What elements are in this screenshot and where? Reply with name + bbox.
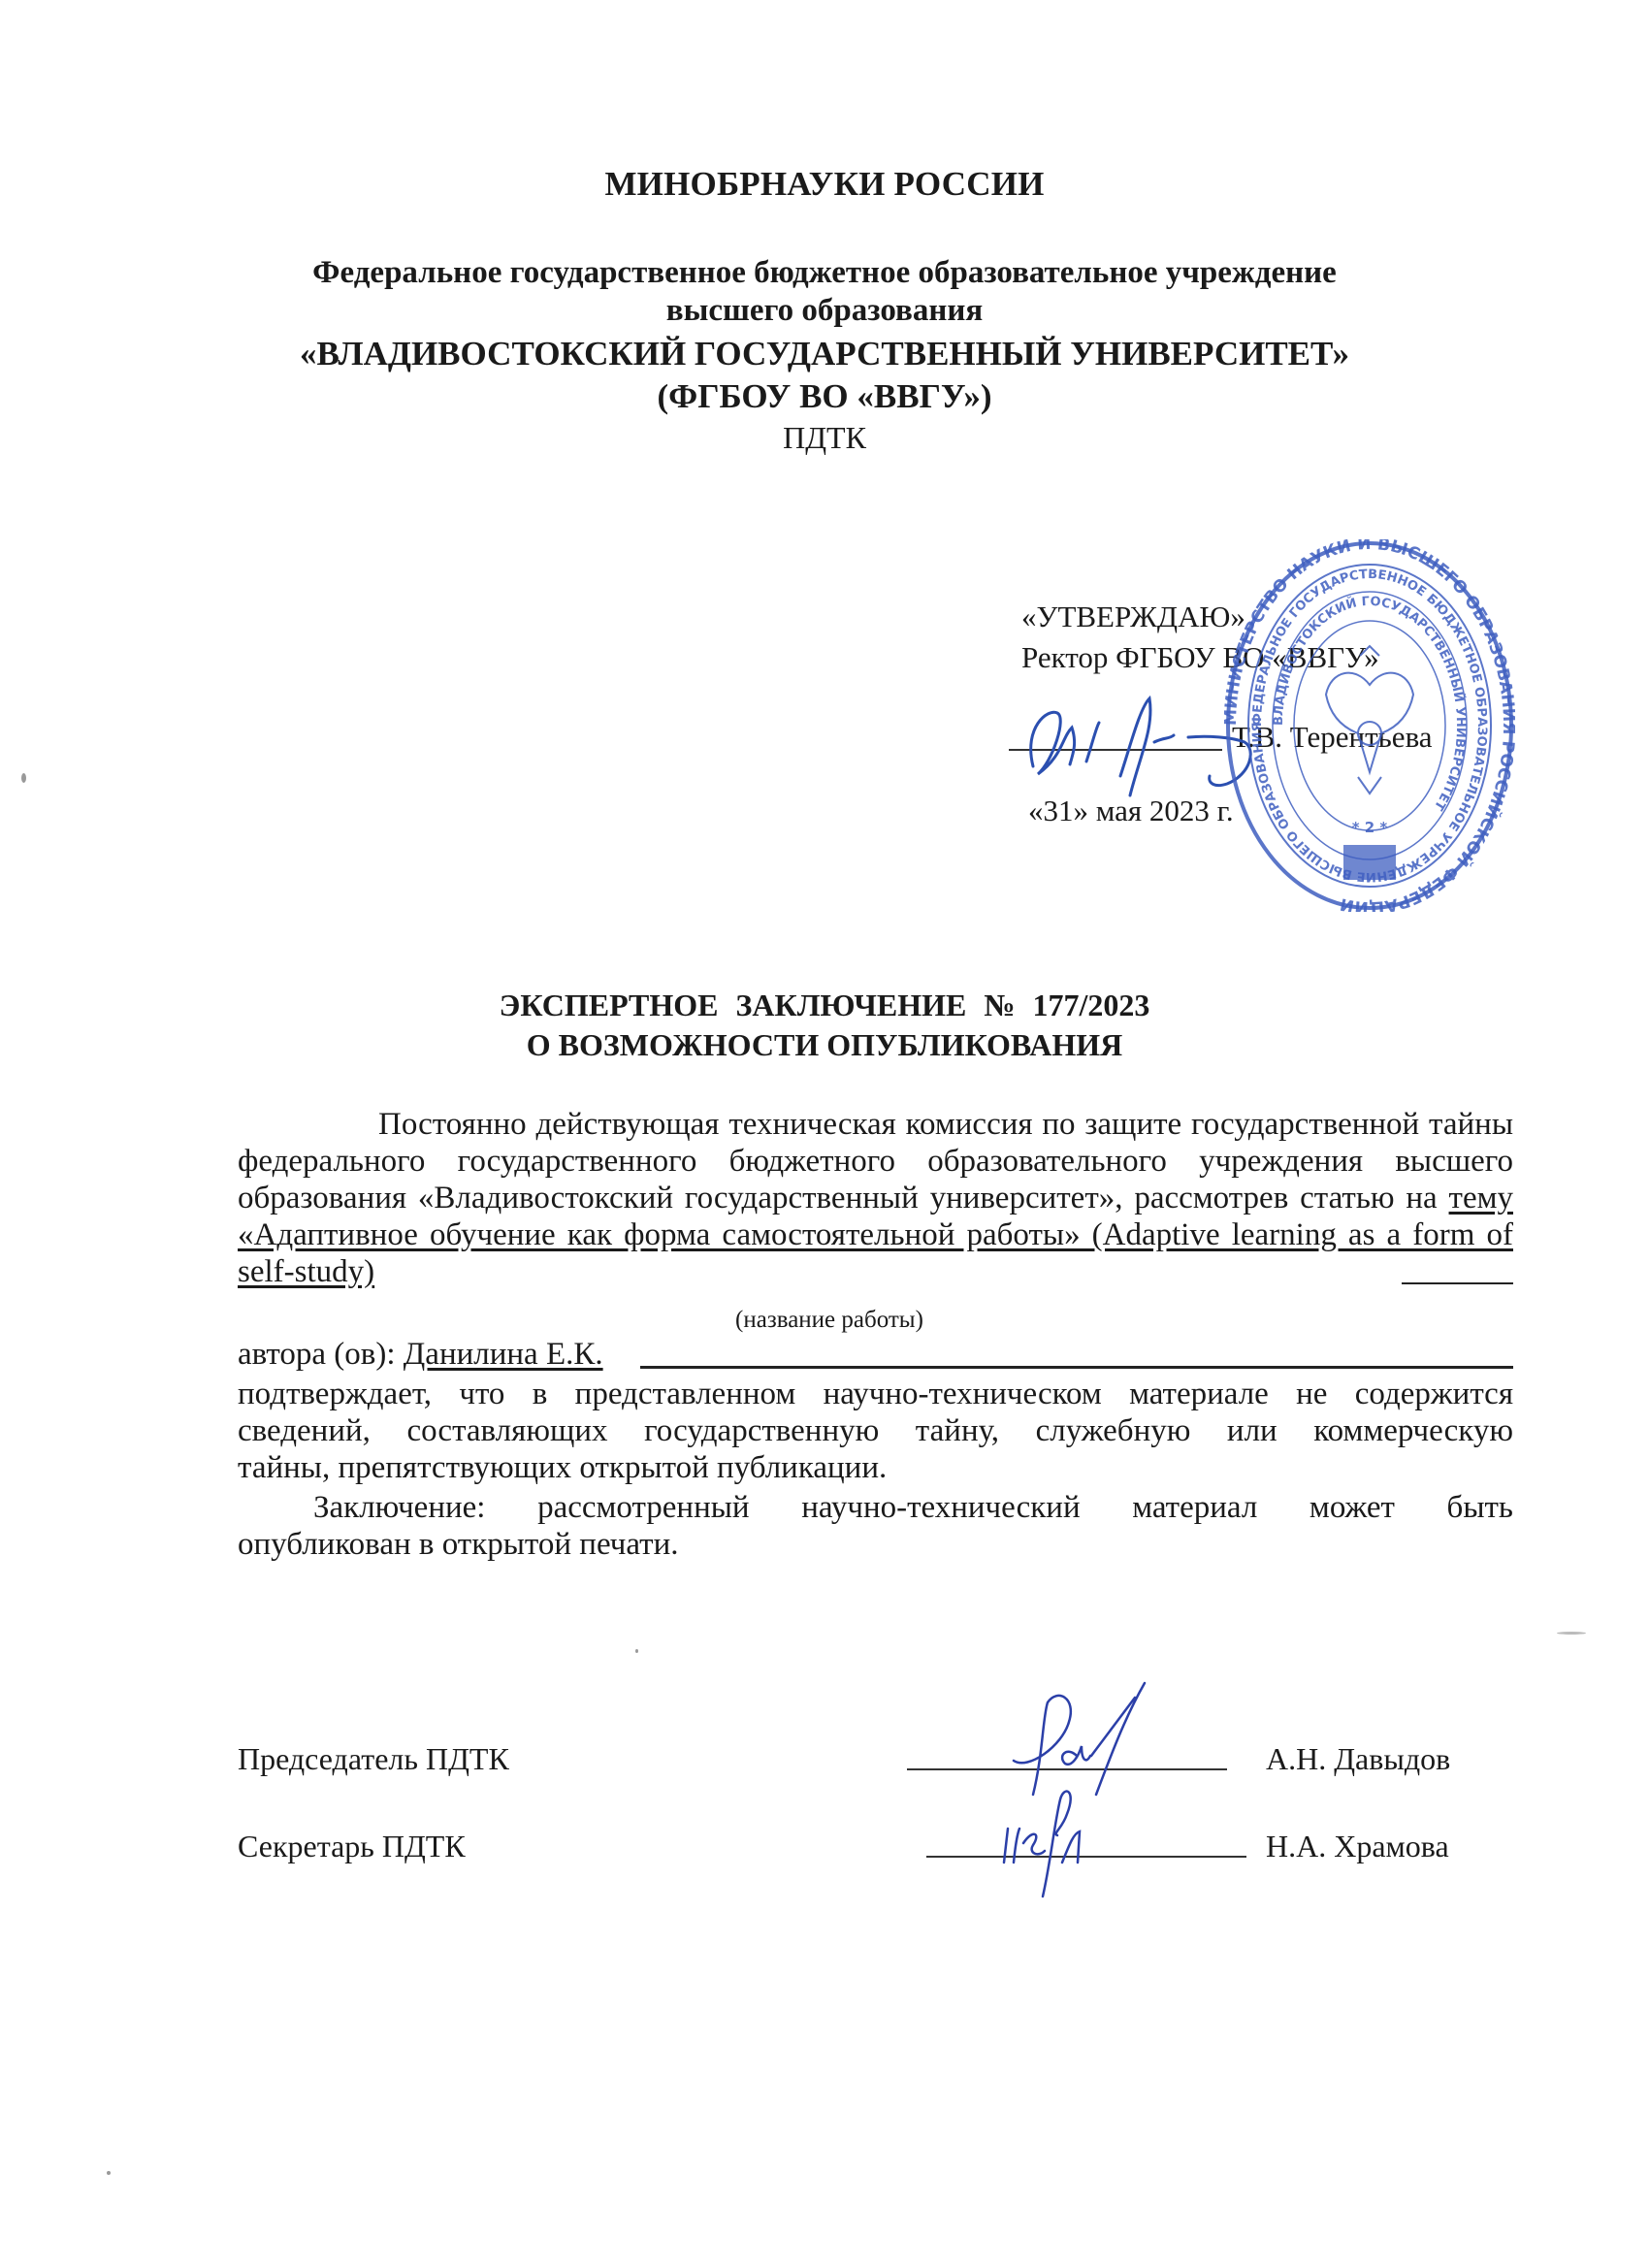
confirmation-line: сведений, составляющих государственную т…	[238, 1412, 1513, 1449]
conclusion-paragraph: Заключение: рассмотренный научно-техниче…	[238, 1489, 1513, 1563]
confirmation-line: подтверждает, что в представленном научн…	[238, 1376, 1513, 1412]
author-name: Данилина Е.К.	[404, 1337, 603, 1372]
approval-position: Ректор ФГБОУ ВО «ВВГУ»	[1021, 640, 1379, 675]
university-abbreviation: (ФГБОУ ВО «ВВГУ»)	[0, 377, 1649, 416]
svg-text:ВЛАДИВОСТОКСКИЙ ГОСУДАРСТВЕННЫ: ВЛАДИВОСТОКСКИЙ ГОСУДАРСТВЕННЫЙ УНИВЕРСИ…	[1272, 595, 1468, 813]
conclusion-line: опубликован в открытой печати.	[238, 1526, 1513, 1563]
secretary-name: Н.А. Храмова	[1266, 1829, 1449, 1864]
chairman-signature-line	[907, 1768, 1227, 1770]
commission-text: Постоянно действующая техническая комисс…	[238, 1107, 1513, 1215]
author-row: автора (ов): Данилина Е.К.	[238, 1337, 603, 1373]
commission-paragraph: Постоянно действующая техническая комисс…	[238, 1106, 1513, 1290]
author-line	[640, 1366, 1513, 1369]
scan-artifact	[21, 773, 26, 783]
approval-signature-line	[1009, 749, 1222, 751]
secretary-signature	[985, 1775, 1140, 1901]
confirmation-paragraph: подтверждает, что в представленном научн…	[238, 1376, 1513, 1486]
scan-artifact	[635, 1649, 638, 1653]
work-title-caption: (название работы)	[0, 1307, 1649, 1334]
university-name: «ВЛАДИВОСТОКСКИЙ ГОСУДАРСТВЕННЫЙ УНИВЕРС…	[0, 335, 1649, 373]
approval-label: «УТВЕРЖДАЮ»	[1021, 599, 1245, 634]
chairman-role: Председатель ПДТК	[238, 1741, 509, 1777]
institution-type-line2: высшего образования	[0, 293, 1649, 329]
ministry-heading: МИНОБРНАУКИ РОССИИ	[0, 165, 1649, 204]
scan-artifact	[1557, 1632, 1586, 1635]
department-name: ПДТК	[0, 420, 1649, 456]
document-subtitle: О ВОЗМОЖНОСТИ ОПУБЛИКОВАНИЯ	[0, 1027, 1649, 1063]
chairman-name: А.Н. Давыдов	[1266, 1741, 1450, 1777]
author-label: автора (ов):	[238, 1337, 404, 1372]
secretary-signature-line	[926, 1856, 1246, 1858]
confirmation-line: тайны, препятствующих открытой публикаци…	[238, 1449, 1513, 1486]
svg-text:* 2 *: * 2 *	[1352, 819, 1388, 836]
work-title-line	[1402, 1282, 1513, 1284]
secretary-role: Секретарь ПДТК	[238, 1829, 466, 1864]
approval-date: «31» мая 2023 г.	[1028, 794, 1234, 828]
approval-signatory: Т.В. Терентьева	[1232, 720, 1433, 755]
chairman-signature	[989, 1678, 1203, 1804]
institution-type-line1: Федеральное государственное бюджетное об…	[0, 254, 1649, 291]
document-title: ЭКСПЕРТНОЕ ЗАКЛЮЧЕНИЕ № 177/2023	[0, 988, 1649, 1023]
scan-artifact	[107, 2171, 111, 2175]
conclusion-line: Заключение: рассмотренный научно-техниче…	[238, 1489, 1513, 1526]
